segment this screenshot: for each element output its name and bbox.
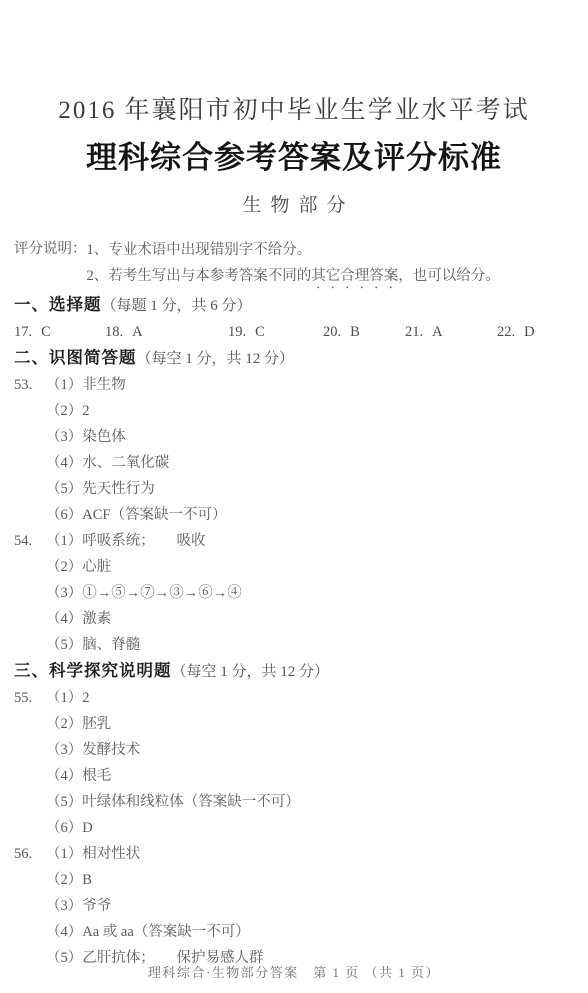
grading-note-2-prefix: 2、若考生写出与本参考答案不同的: [87, 268, 312, 284]
choice-answer-18: 18.A: [105, 319, 228, 345]
choice-answer-20: 20.B: [323, 319, 405, 345]
choice-letter: A: [432, 324, 442, 340]
page-title: 理科综合参考答案及评分标准: [0, 132, 588, 177]
choice-letter: D: [524, 324, 534, 340]
grading-note-1: 1、专业术语中出现错别字不给分。: [87, 237, 500, 263]
section-1-scoring: （每题 1 分，共 6 分）: [102, 298, 252, 314]
document-header: 2016 年襄阳市初中毕业生学业水平考试 理科综合参考答案及评分标准 生物部分: [0, 0, 588, 217]
answer-text: （1）非生物: [46, 377, 126, 393]
answer-text: （1）呼吸系统； 吸收: [46, 533, 206, 549]
answer-text: （4）激素: [46, 611, 111, 627]
answer-line: （3）爷爷: [14, 893, 574, 919]
answer-text: （5）脑、脊髓: [46, 637, 140, 653]
answer-line: （6）ACF（答案缺一不可）: [14, 502, 574, 528]
answer-line: 54.（1）呼吸系统； 吸收: [14, 528, 574, 554]
answer-line: 55.（1）2: [14, 685, 574, 711]
question-number: 55.: [14, 685, 46, 711]
answer-line: （2）心脏: [14, 554, 574, 580]
answer-line: （4）激素: [14, 606, 574, 632]
answer-text: （5）叶绿体和线粒体（答案缺一不可）: [46, 794, 300, 810]
answer-text: （1）相对性状: [46, 846, 140, 862]
answer-text: （2）B: [46, 872, 92, 888]
choice-answer-22: 22.D: [497, 319, 535, 345]
section-3-scoring: （每空 1 分，共 12 分）: [172, 664, 330, 680]
answer-text: （2）心脏: [46, 559, 111, 575]
choice-answer-17: 17.C: [14, 319, 105, 345]
choice-number: 18.: [105, 324, 123, 340]
answer-text: （6）D: [46, 820, 93, 836]
choice-answer-19: 19.C: [228, 319, 323, 345]
answer-line: （5）叶绿体和线粒体（答案缺一不可）: [14, 789, 574, 815]
question-number: 54.: [14, 528, 46, 554]
answer-line: 56.（1）相对性状: [14, 841, 574, 867]
choice-answers-row: 17.C 18.A 19.C 20.B 21.A 22.D: [14, 319, 574, 345]
answer-text: （3）染色体: [46, 429, 126, 445]
section-1-heading: 一、选择题（每题 1 分，共 6 分）: [14, 292, 574, 319]
answer-line: （4）水、二氧化碳: [14, 450, 574, 476]
answer-line: （2）胚乳: [14, 711, 574, 737]
answer-text: （6）ACF（答案缺一不可）: [46, 507, 226, 523]
grading-notes-label: 评分说明：: [14, 237, 87, 292]
page-footer: 理科综合·生物部分答案 第 1 页 （共 1 页）: [0, 962, 588, 981]
answer-line: （3）①→⑤→⑦→③→⑥→④: [14, 580, 574, 606]
question-number: 53.: [14, 372, 46, 398]
question-55-block: 55.（1）2 （2）胚乳 （3）发酵技术 （4）根毛 （5）叶绿体和线粒体（答…: [14, 685, 574, 841]
answer-line: （6）D: [14, 815, 574, 841]
grading-note-2-suffix: ，也可以给分。: [398, 268, 500, 284]
grading-notes: 评分说明： 1、专业术语中出现错别字不给分。 2、若考生写出与本参考答案不同的其…: [14, 237, 574, 292]
answer-line: （5）先天性行为: [14, 476, 574, 502]
choice-number: 20.: [323, 324, 341, 340]
question-56-block: 56.（1）相对性状 （2）B （3）爷爷 （4）Aa 或 aa（答案缺一不可）…: [14, 841, 574, 971]
answer-text: （3）①→⑤→⑦→③→⑥→④: [46, 585, 242, 601]
answer-key-page: 2016 年襄阳市初中毕业生学业水平考试 理科综合参考答案及评分标准 生物部分 …: [0, 0, 588, 993]
question-number: 56.: [14, 841, 46, 867]
question-54-block: 54.（1）呼吸系统； 吸收 （2）心脏 （3）①→⑤→⑦→③→⑥→④ （4）激…: [14, 528, 574, 658]
answer-text: （2）胚乳: [46, 716, 111, 732]
answer-text: （4）水、二氧化碳: [46, 455, 169, 471]
answer-line: （5）脑、脊髓: [14, 632, 574, 658]
answer-text: （4）Aa 或 aa（答案缺一不可）: [46, 924, 250, 940]
answer-text: （5）先天性行为: [46, 481, 155, 497]
choice-letter: A: [132, 324, 142, 340]
choice-letter: C: [41, 324, 51, 340]
grading-notes-body: 1、专业术语中出现错别字不给分。 2、若考生写出与本参考答案不同的其它合理答案，…: [87, 237, 500, 292]
choice-answer-21: 21.A: [405, 319, 497, 345]
answer-text: （1）2: [46, 690, 90, 706]
section-2-heading: 二、识图简答题（每空 1 分，共 12 分）: [14, 345, 574, 372]
answer-text: （3）爷爷: [46, 898, 111, 914]
question-53-block: 53.（1）非生物 （2）2 （3）染色体 （4）水、二氧化碳 （5）先天性行为…: [14, 372, 574, 528]
choice-number: 19.: [228, 324, 246, 340]
answer-line: （4）根毛: [14, 763, 574, 789]
answer-line: （2）B: [14, 867, 574, 893]
answer-line: （2）2: [14, 398, 574, 424]
grading-note-2-emphasis: 其它合理答案: [311, 268, 398, 284]
answer-line: （3）染色体: [14, 424, 574, 450]
choice-letter: B: [350, 324, 360, 340]
answer-text: （2）2: [46, 403, 90, 419]
grading-note-2: 2、若考生写出与本参考答案不同的其它合理答案，也可以给分。: [87, 263, 500, 292]
answer-text: （3）发酵技术: [46, 742, 140, 758]
section-1-title: 一、选择题: [14, 296, 102, 314]
answer-line: 53.（1）非生物: [14, 372, 574, 398]
answer-line: （3）发酵技术: [14, 737, 574, 763]
choice-number: 17.: [14, 324, 32, 340]
section-2-title: 二、识图简答题: [14, 349, 137, 367]
answer-text: （4）根毛: [46, 768, 111, 784]
choice-number: 21.: [405, 324, 423, 340]
document-body: 评分说明： 1、专业术语中出现错别字不给分。 2、若考生写出与本参考答案不同的其…: [0, 217, 588, 971]
answer-line: （4）Aa 或 aa（答案缺一不可）: [14, 919, 574, 945]
choice-number: 22.: [497, 324, 515, 340]
choice-letter: C: [255, 324, 265, 340]
exam-title: 2016 年襄阳市初中毕业生学业水平考试: [0, 90, 588, 126]
subject-subtitle: 生物部分: [0, 190, 588, 217]
section-3-title: 三、科学探究说明题: [14, 662, 172, 680]
section-2-scoring: （每空 1 分，共 12 分）: [137, 351, 295, 367]
section-3-heading: 三、科学探究说明题（每空 1 分，共 12 分）: [14, 658, 574, 685]
